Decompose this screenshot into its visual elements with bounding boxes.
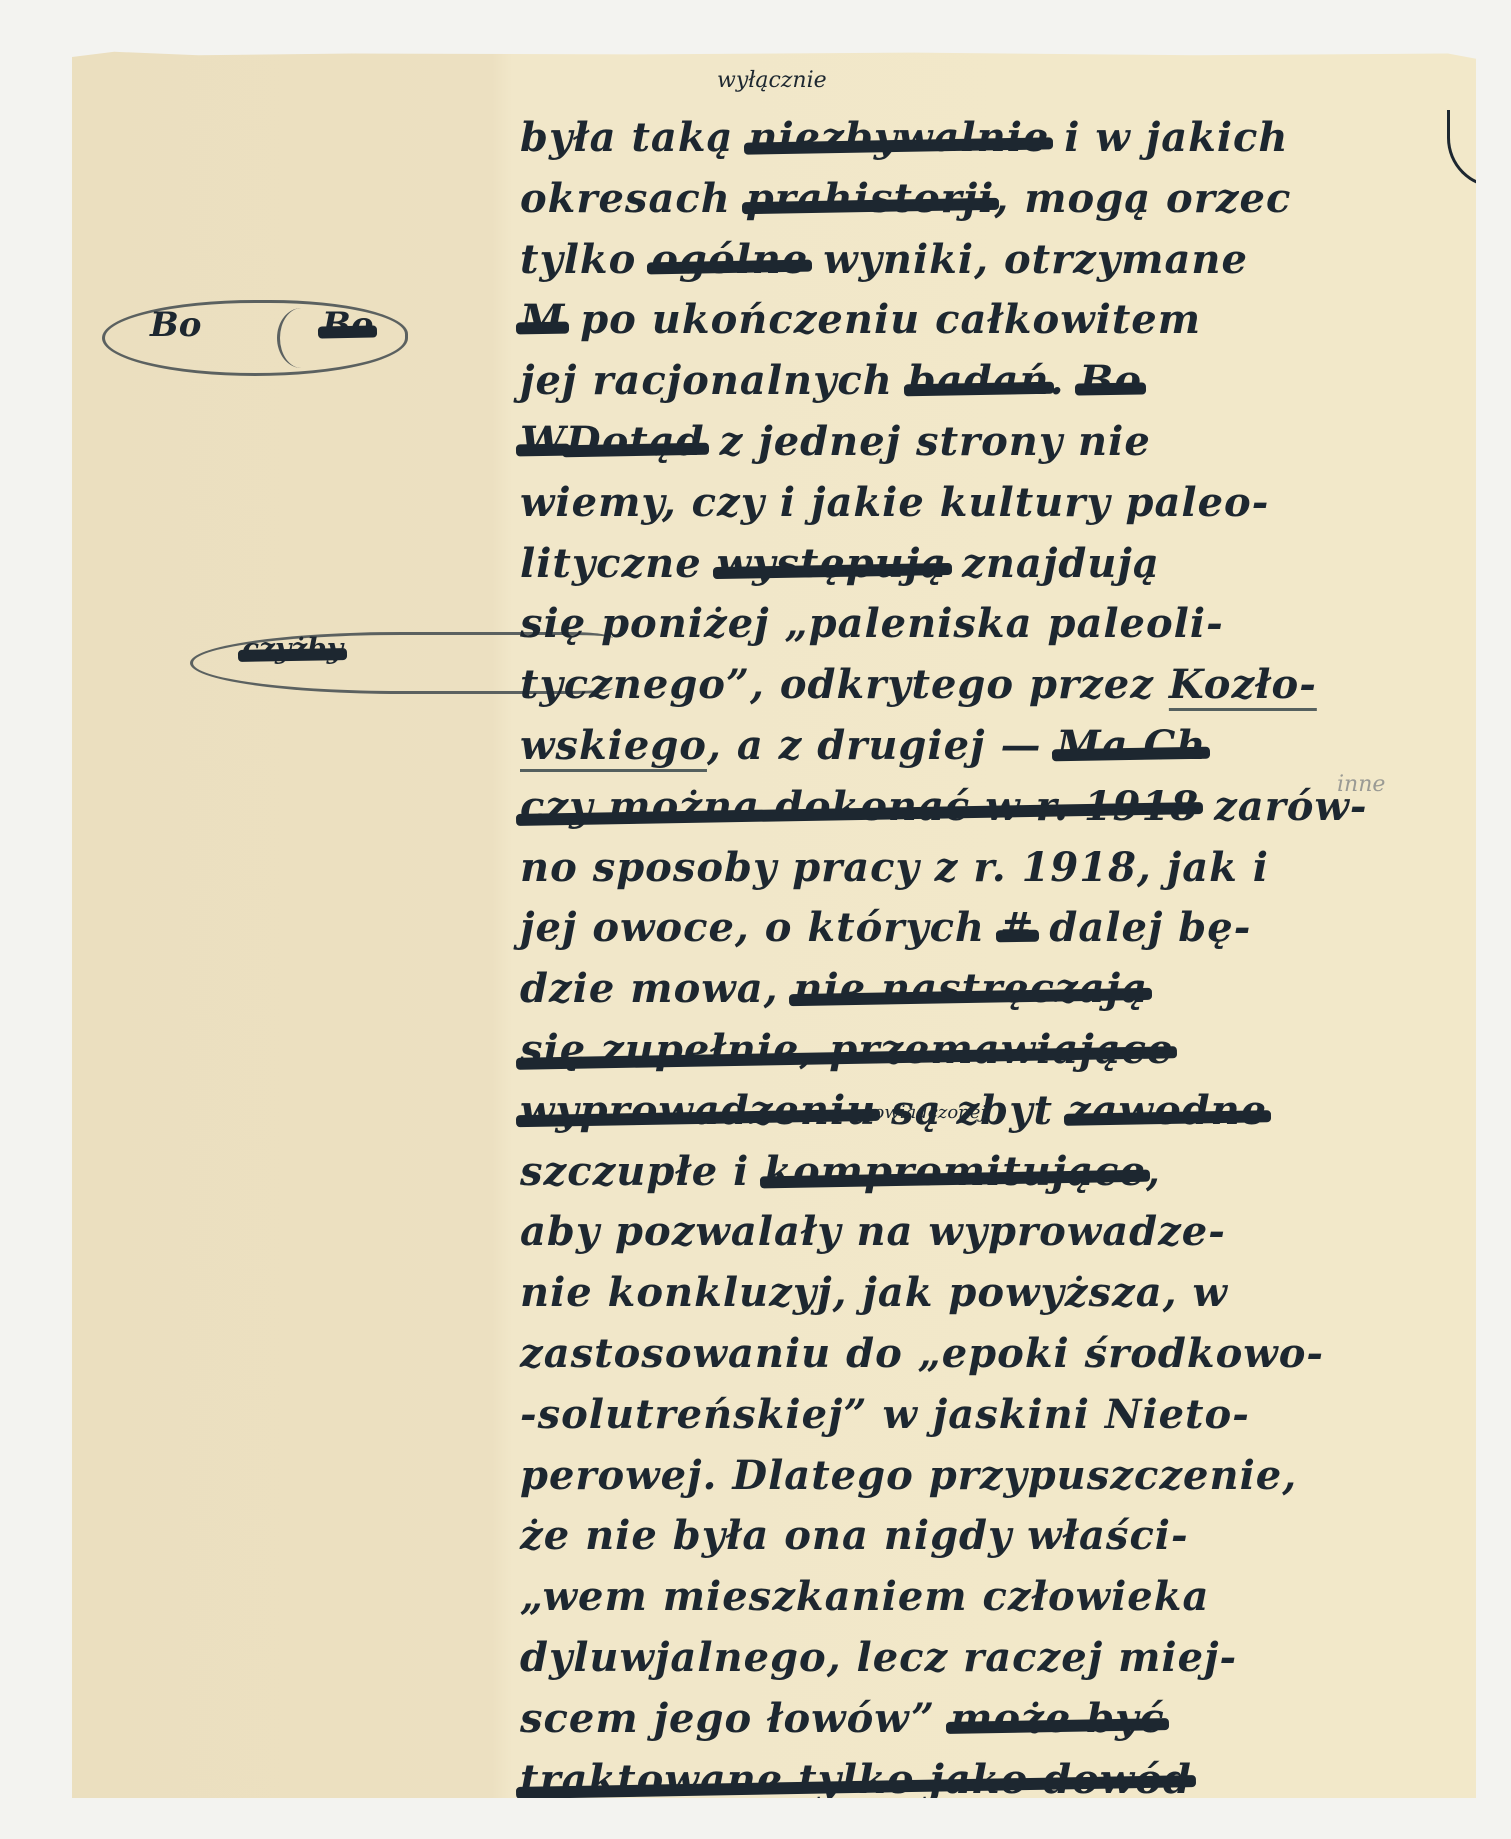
text-line-9: się poniżej „paleniska paleoli-: [520, 594, 1511, 655]
text-line-10: tycznego”, odkrytego przez Kozło-: [520, 655, 1511, 716]
margin-oval-tick: [277, 308, 326, 368]
text-line-3: tylko ogólne wyniki, otrzymane: [520, 230, 1511, 291]
text-line-22: -solutreńskiej” w jaskini Nieto-: [520, 1385, 1511, 1446]
manuscript-page: 8. Bo Bo czyżby wyłącznie inne dowiadczo…: [72, 50, 1476, 1798]
text-line-26: dyluwjalnego, lecz raczej miej-: [520, 1628, 1511, 1689]
margin-note-bo-struck: Bo: [322, 305, 373, 345]
text-line-25: „wem mieszkaniem człowieka: [520, 1567, 1511, 1628]
text-line-20: nie konkluzyj, jak powyższa, w: [520, 1263, 1511, 1324]
text-line-4: M po ukończeniu całkowitem: [520, 290, 1511, 351]
text-line-13: no sposoby pracy z r. 1918, jak i: [520, 838, 1511, 899]
text-line-8: lityczne występują znajdują: [520, 534, 1511, 595]
text-line-14: jej owoce, o których # dalej bę-: [520, 898, 1511, 959]
text-line-21: zastosowaniu do „epoki środkowo-: [520, 1324, 1511, 1385]
text-line-1: była taką niezbywalnie i w jakich: [520, 108, 1511, 169]
text-line-12: czy można dokonać w r. 1918 zarów-: [520, 777, 1511, 838]
text-line-28: traktowane tylko jako dowód: [520, 1750, 1511, 1811]
text-line-5: jej racjonalnych badań. Bo: [520, 351, 1511, 412]
text-line-6: W Dotąd z jednej strony nie: [520, 412, 1511, 473]
text-line-16: się zupełnie, przemawiające: [520, 1020, 1511, 1081]
page-number: 8.: [1484, 114, 1511, 165]
text-line-7: wiemy, czy i jakie kultury paleo-: [520, 473, 1511, 534]
interlinear-wylacznie: wyłącznie: [717, 68, 827, 93]
margin-note-struck: czyżby: [242, 632, 343, 665]
text-line-24: że nie była ona nigdy właści-: [520, 1506, 1511, 1567]
text-line-17: wyprowadzeniu są zbyt zawodne: [520, 1081, 1511, 1142]
main-text: była taką niezbywalnie i w jakich okresa…: [520, 108, 1511, 1810]
text-line-19: aby pozwalały na wyprowadze-: [520, 1202, 1511, 1263]
text-line-11: wskiego, a z drugiej — Ma Ch: [520, 716, 1511, 777]
margin-note-bo: Bo: [150, 305, 201, 345]
text-line-2: okresach prahistorji, mogą orzec: [520, 169, 1511, 230]
text-line-18: szczupłe i kompromitujące,: [520, 1142, 1511, 1203]
text-line-23: perowej. Dlatego przypuszczenie,: [520, 1446, 1511, 1507]
text-line-15: dzie mowa, nie nastręczają: [520, 959, 1511, 1020]
text-line-27: scem jego łowów” może być: [520, 1689, 1511, 1750]
